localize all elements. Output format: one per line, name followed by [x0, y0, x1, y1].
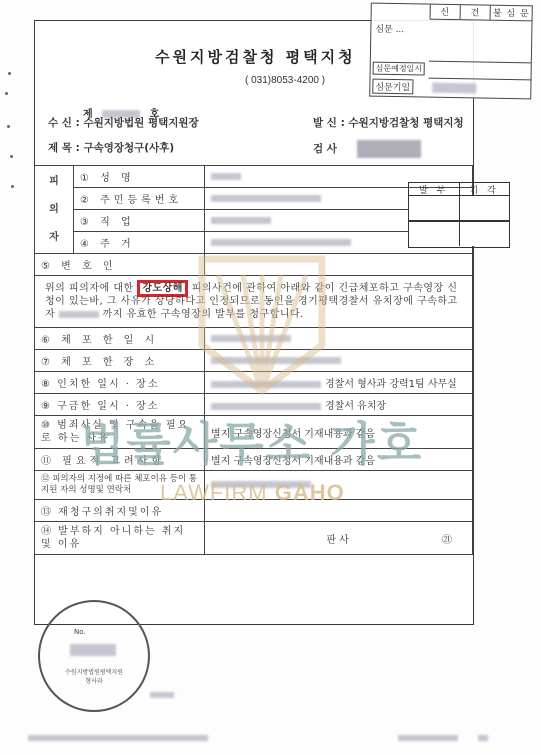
court-seal-stamp: No. 수원지방법원평택지원 형사과 [38, 600, 150, 712]
table-row: ④ 주 거 [35, 232, 473, 254]
row-label: ⑧ 인치한 일시 · 장소 [35, 372, 205, 394]
table-row: ② 주민등록번호 [35, 188, 473, 210]
footer-right [398, 727, 488, 746]
approval-reject-cell [460, 196, 510, 246]
seal-mark: ㉑ [442, 535, 452, 546]
document-title: 수원지방검찰청 평택지청 [155, 46, 356, 67]
seal-organization: 수원지방법원평택지원 형사과 [64, 668, 124, 686]
table-row: ⑭ 발부하지 아니하는 취지 및 이유 판 사 ㉑ [35, 522, 473, 555]
phone-number: ( 031)8053-4200 ) [245, 75, 325, 86]
watermark-english-light: LAWFIRM [160, 480, 275, 505]
recipient-value: 수원지방법원 평택지원장 [83, 117, 198, 129]
redacted-footer-page [478, 735, 488, 741]
approval-issue-cell [409, 196, 460, 246]
row-label: ⑭ 발부하지 아니하는 취지 및 이유 [35, 522, 205, 555]
statement-pre: 위의 피의자에 대한 [45, 283, 134, 294]
sender-line: 발 신 : 수원지방검찰청 평택지청 [313, 115, 464, 130]
redacted-mark [150, 692, 174, 698]
recipient-line: 수 신 : 수원지방법원 평택지원장 [48, 115, 199, 130]
subject-line: 제 목 : 구속영장청구(사후) [48, 140, 174, 155]
stamp-header-1: 신 [430, 5, 460, 20]
row-label: ① 성 명 [74, 166, 205, 188]
subject-label: 제 목 : [48, 142, 80, 154]
suspect-section-label: 피의자 [35, 166, 74, 254]
row-label: ② 주민등록번호 [74, 188, 205, 210]
row-label: ⑤ 변 호 인 [35, 254, 205, 276]
redacted-value [211, 173, 241, 180]
watermark-english-bold: GAHO [275, 480, 345, 505]
subject-value: 구속영장청구(사후) [83, 142, 174, 154]
watermark-shield-icon [198, 255, 326, 395]
redacted-value [211, 195, 321, 202]
row-label: ③ 직 업 [74, 210, 205, 232]
judge-label: 판 사 [326, 535, 349, 546]
redacted-value [211, 239, 351, 246]
redacted-date [59, 311, 99, 318]
approval-issue-header: 발 부 [409, 183, 460, 195]
table-row: ③ 직 업 [35, 210, 473, 232]
redacted-footer-text [28, 735, 208, 741]
redacted-prosecutor-name [357, 140, 421, 158]
watermark-korean: 법률사무소 가호 [80, 408, 423, 474]
sender-label: 발 신 : [313, 117, 345, 129]
recipient-label: 수 신 : [48, 117, 80, 129]
court-receipt-stamp: 신 건 불 심 문 심문 ... 심문예정일시 심문기일 [369, 3, 533, 100]
redacted-hearing-date [432, 83, 476, 94]
watermark-english: LAWFIRM GAHO [160, 480, 345, 506]
row-label: ⑦ 체 포 한 장 소 [35, 350, 205, 372]
approval-reject-header: 기 각 [460, 183, 510, 195]
row-label: ⑥ 체 포 한 일 시 [35, 328, 205, 350]
stamp-header-3: 불 심 문 [490, 6, 532, 21]
redacted-value [211, 217, 271, 224]
prosecutor-line: 검 사 [313, 140, 421, 158]
stamp-label-schedule: 심문예정일시 [373, 62, 426, 76]
judge-signature-cell: 판 사 ㉑ [205, 522, 473, 555]
sender-value: 수원지방검찰청 평택지청 [348, 117, 463, 129]
row-label: ④ 주 거 [74, 232, 205, 254]
prosecutor-label: 검 사 [313, 143, 337, 155]
stamp-header-2: 건 [460, 5, 490, 20]
scanned-document-page: 수원지방검찰청 평택지청 ( 031)8053-4200 ) 제 호 수 신 :… [0, 0, 541, 755]
stamp-label-date: 심문기일 [372, 79, 413, 95]
redacted-footer-date [398, 735, 458, 741]
table-row: 피의자 ① 성 명 [35, 166, 473, 188]
seal-number-label: No. [74, 628, 86, 636]
approval-box: 발 부 기 각 [408, 182, 510, 248]
redacted-seal-number [70, 644, 116, 656]
highlighted-charge: 강도상해 [137, 280, 188, 297]
row-value-text: 경찰서 형사과 강력1팀 사무실 [325, 379, 457, 390]
stamp-label-top: 심문 ... [375, 22, 404, 36]
footer-left [28, 727, 208, 746]
